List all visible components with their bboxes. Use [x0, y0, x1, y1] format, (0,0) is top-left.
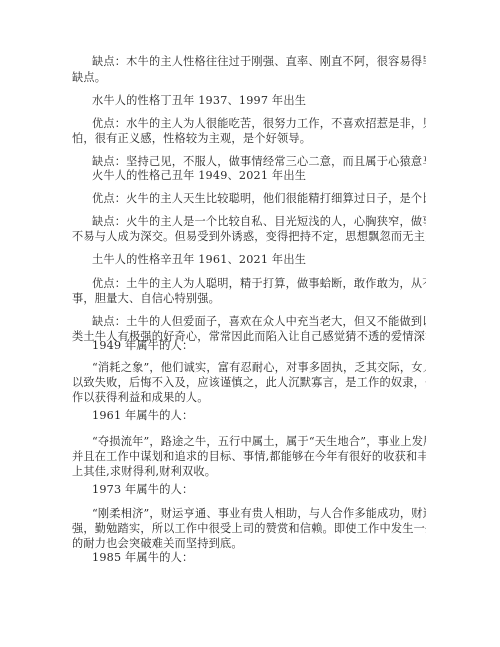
section-heading: 水牛人的性格丁丑年 1937、1997 年出生 — [92, 93, 426, 108]
paragraph-line: “消耗之象”，他们诚实，富有忍耐心，对事多固执，乏其交际，女人多信他人甜言 — [92, 360, 426, 375]
paragraph-line: 优点：土牛的主人为人聪明，精于打算，做事蛤断，敢作敢为，从不做让自己吃亏的 — [92, 276, 426, 291]
paragraph-line: 并且在工作中谋划和追求的目标、事情,都能够在今年有很好的收获和丰厚的回报。财运 — [72, 449, 426, 464]
paragraph-line: 强，勤勉踏实，所以工作中很受上司的赞赏和信赖。即使工作中发生一些困难，他那坚强 — [72, 521, 426, 536]
section-heading: 1985 年属牛的人： — [92, 550, 426, 565]
paragraph-line: 以致失败，后悔不入及，应该谨慎之，此人沉默寡言，是工作的奴隶，他们是那种努力工 — [72, 375, 426, 390]
section-heading: 火牛人的性格己丑年 1949、2021 年出生 — [92, 168, 426, 183]
paragraph-line: 事，胆量大、自信心特别强。 — [72, 291, 426, 306]
paragraph-line: 缺点：火牛的主人是一个比较自私、目光短浅的人，心胸狭窄，做事现实，欠人情味， — [92, 214, 426, 229]
paragraph-line: 缺点：坚持己见，不服人，做事情经常三心二意，而且属于心猿意马的类型。 — [92, 154, 426, 169]
section-heading: 1949 年属牛的人： — [92, 338, 426, 353]
paragraph-line: “刚柔相济”，财运亨通、事业有贵人相助，与人合作多能成功，财运不错。责任感 — [92, 506, 426, 521]
paragraph-line: 优点：水牛的主人为人很能吃苦，很努力工作，不喜欢招惹是非，见善不欺，见恶不 — [92, 116, 426, 131]
section-heading: 土牛人的性格辛丑年 1961、2021 年出生 — [92, 252, 426, 267]
paragraph-line: 上其佳,求财得利,财利双收。 — [72, 464, 426, 479]
paragraph-line: 优点：火牛的主人天生比较聪明，他们很能精打细算过日子，是个比较会理财的人。 — [92, 191, 426, 206]
section-heading: 1961 年属牛的人： — [92, 408, 426, 423]
paragraph-line: 缺点：木牛的主人性格往往过于刚强、直率、刚直不阿，很容易得罪人，这是他们的 — [92, 54, 426, 69]
paragraph-line: 的耐力也会突破难关而坚持到底。 — [72, 536, 426, 551]
paragraph-line: 不易与人成为深交。但易受到外诱惑，变得把持不定，思想飘忽而无主见。 — [72, 229, 426, 244]
paragraph-line: 缺点：土牛的人但爱面子，喜欢在众人中充当老大，但又不能做到以理服人，而且这 — [92, 314, 426, 329]
section-heading: 1973 年属牛的人： — [92, 482, 426, 497]
document-page: 缺点：木牛的主人性格往往过于刚强、直率、刚直不阿，很容易得罪人，这是他们的 缺点… — [0, 0, 500, 647]
paragraph-line: “夺损流年”，路途之牛，五行中属土，属于“天生地合”，事业上发展顺利,兴旺, — [92, 434, 426, 449]
paragraph-line: 作以获得利益和成果的人。 — [72, 390, 426, 405]
paragraph-line: 怕，很有正义感，性格较为主观，是个好领导。 — [72, 131, 426, 146]
paragraph-line: 缺点。 — [72, 70, 426, 85]
